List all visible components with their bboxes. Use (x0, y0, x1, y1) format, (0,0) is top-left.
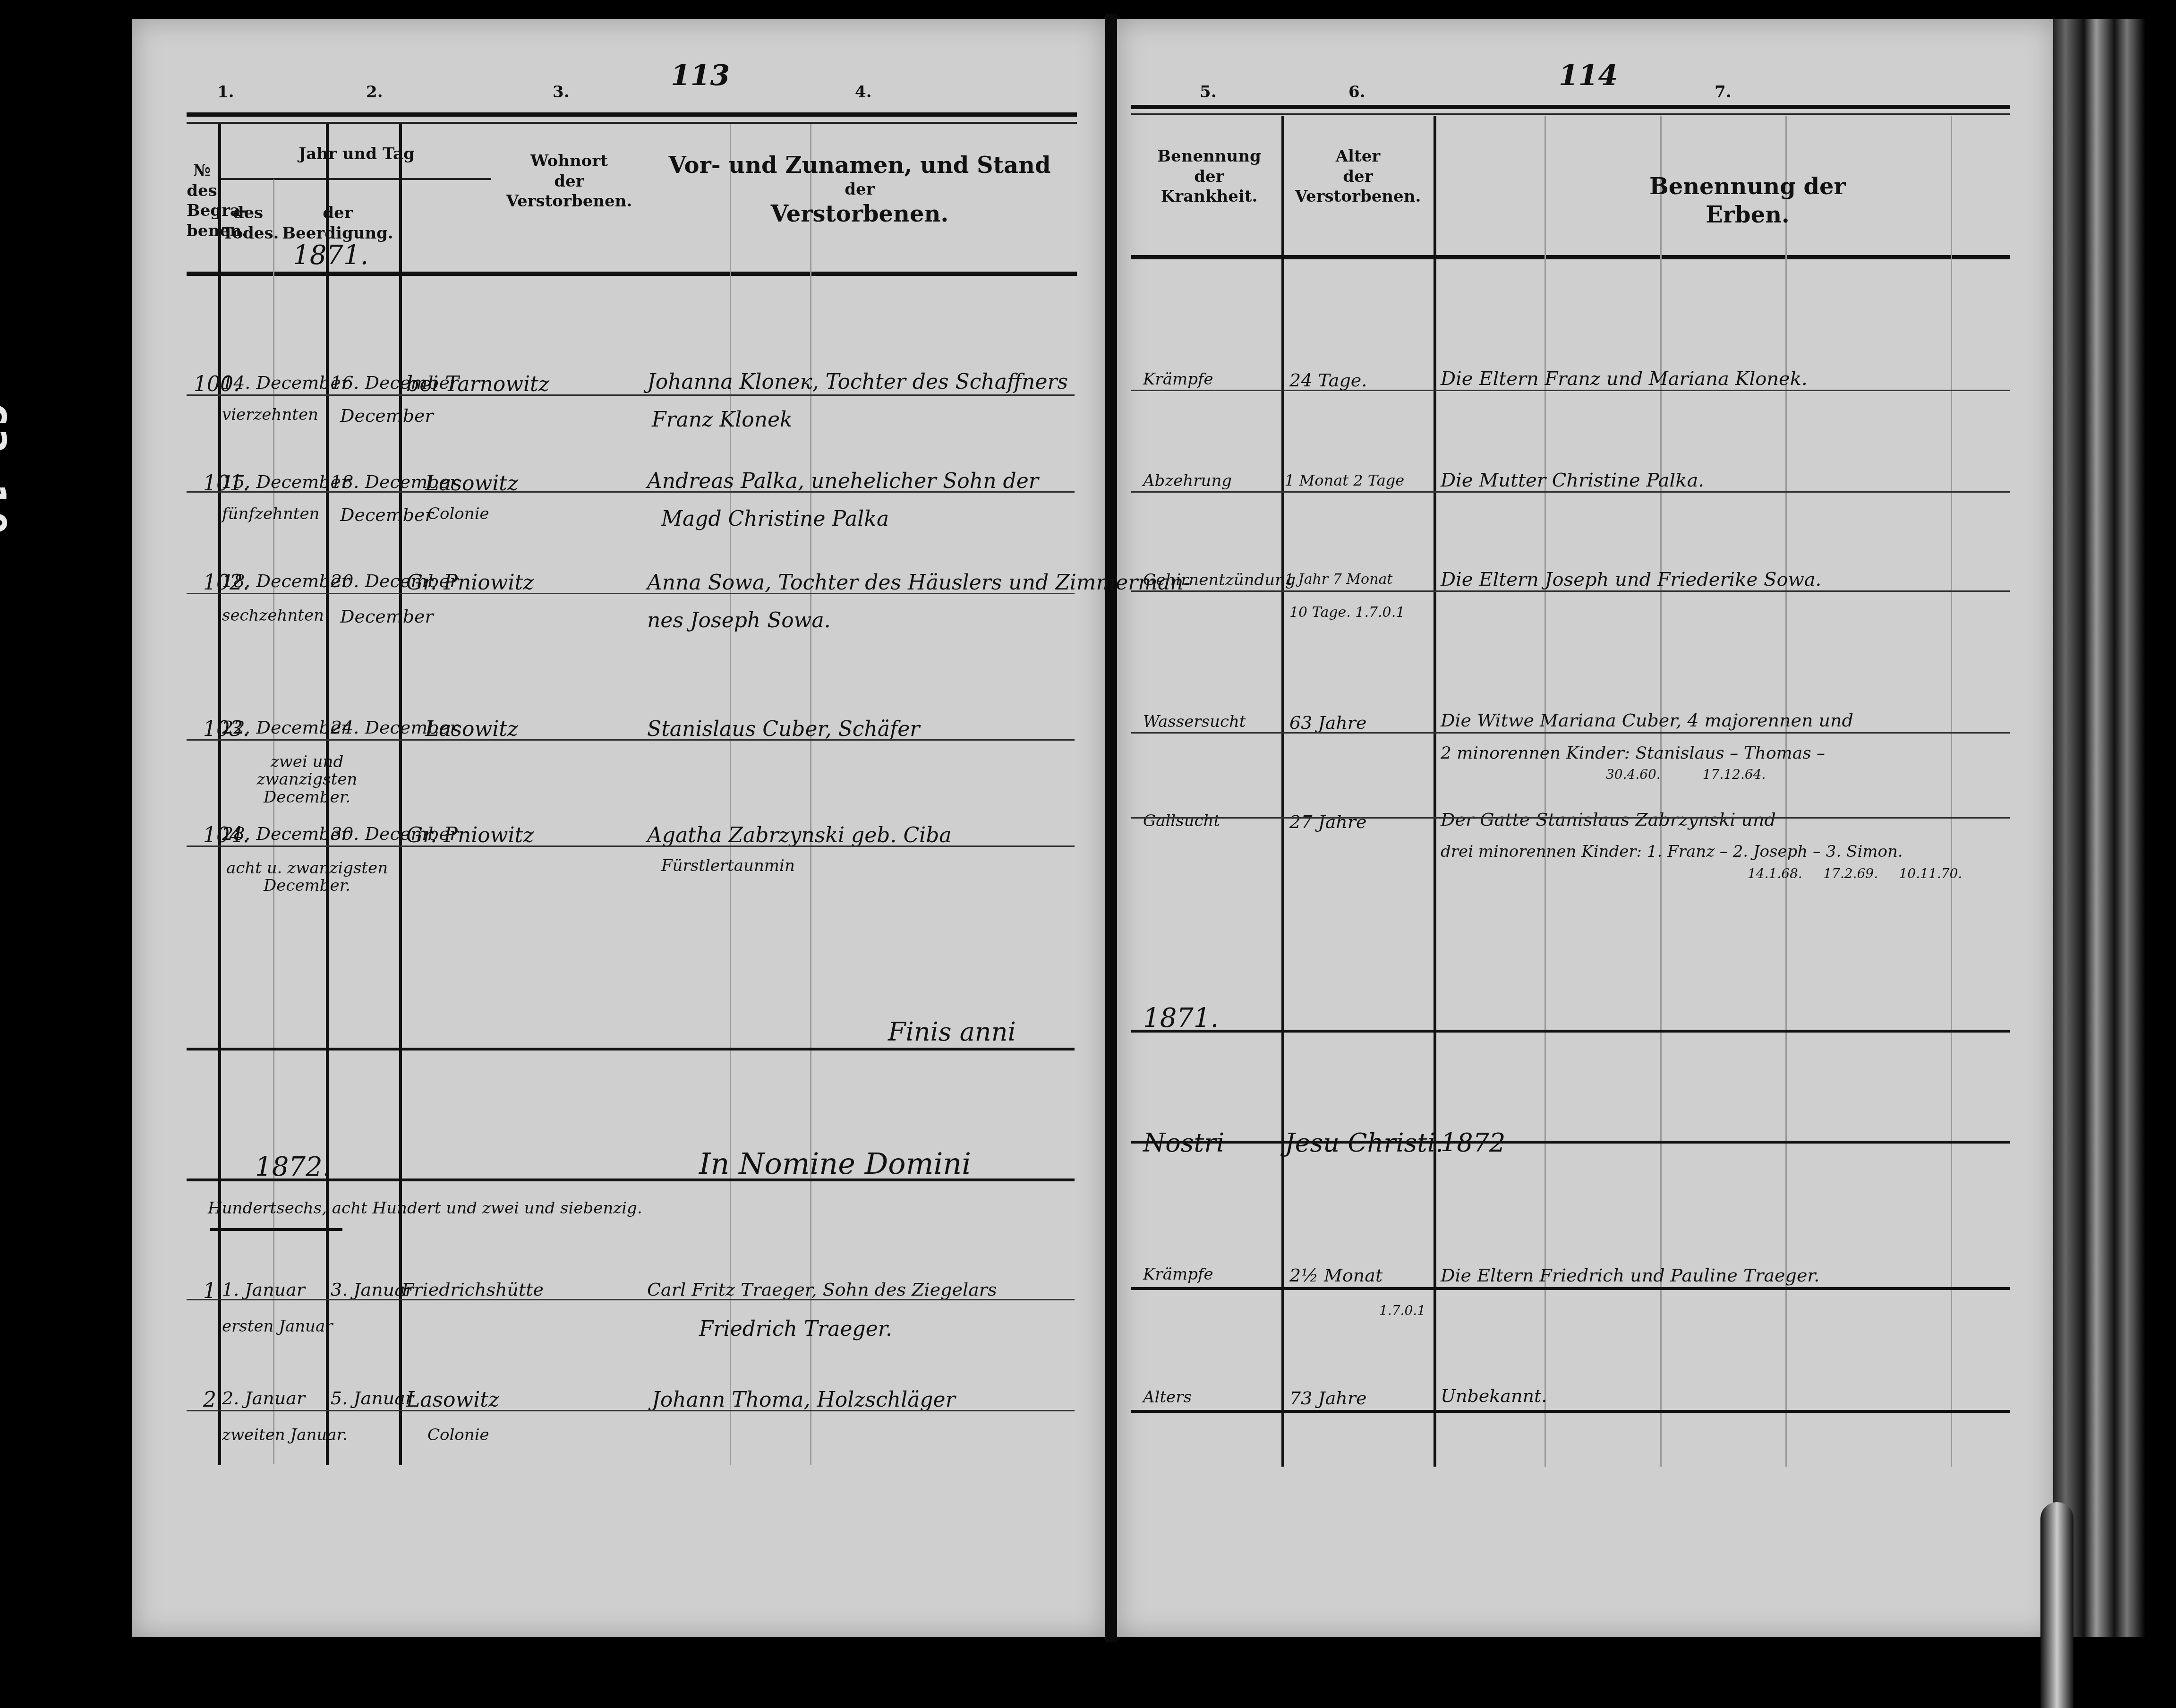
heirs-line1: Der Gatte Stanislaus Zabrzynski und (1441, 810, 1776, 830)
age: 63 Jahre (1289, 713, 1366, 733)
col-divider-7d (1951, 116, 1952, 1467)
disease: Gallsucht (1143, 812, 1220, 830)
year-end-rule-left (187, 1048, 1075, 1050)
colnum-4: 4. (855, 83, 872, 102)
residence: Gr. Pniowitz (406, 824, 534, 847)
header-bottom-rule-right (1131, 255, 2010, 259)
heirs-line1: Die Eltern Joseph und Friederike Sowa. (1441, 569, 1821, 590)
colnum-5: 5. (1200, 83, 1217, 102)
header-col6-line1: Alter (1285, 146, 1431, 167)
colnum-3: 3. (553, 83, 570, 102)
heirs-line2: 2 minorennen Kinder: Stanislaus – Thomas… (1441, 744, 1825, 763)
col-divider-5 (1281, 116, 1284, 1467)
header-col1-line2: des (187, 181, 217, 201)
row-rule (1131, 817, 2010, 819)
deceased-name-line1: Agatha Zabrzynski geb. Ciba (647, 824, 952, 847)
burial-date: 5. Januar (331, 1389, 414, 1409)
row-rule (187, 394, 1075, 396)
heirs-line2: drei minorennen Kinder: 1. Franz – 2. Jo… (1441, 843, 1903, 861)
heirs-dates: 30.4.60. 17.12.64. (1606, 768, 1766, 782)
header-col2b-line1: der (276, 203, 399, 223)
finis-anni: Finis anni (888, 1018, 1016, 1046)
jahr-und-tag-rule (220, 178, 491, 180)
death-date: 1. Januar (222, 1280, 305, 1300)
page-edges (2053, 19, 2176, 1637)
header-col1-line4: benen. (187, 221, 217, 241)
header-top-rule-left (187, 112, 1077, 117)
year-start-rule-left (187, 1179, 1075, 1181)
row-rule (1131, 390, 2010, 391)
header-col2a-line2: Todes. (222, 223, 274, 244)
year-marker-1871: 1871. (293, 241, 368, 270)
age-note: 1.7.0.1 (1379, 1304, 1425, 1318)
colnum-1: 1. (217, 83, 234, 102)
age: 27 Jahre (1289, 812, 1366, 832)
header-col5-line2: der (1138, 167, 1280, 187)
film-frame-marker: C3 10 (0, 401, 14, 538)
death-date: 2. Januar (222, 1389, 305, 1409)
residence: Lasowitz (425, 718, 518, 741)
folio-right: 114 (1559, 59, 1618, 92)
row-rule (1131, 491, 2010, 493)
age: 1 Jahr 7 Monat (1285, 572, 1392, 587)
year-marker-1871-right: 1871. (1143, 1004, 1219, 1033)
death-date-words: vierzehnten (222, 406, 318, 424)
deceased-name-line1: Anna Sowa, Tochter des Häuslers und Zimm… (647, 572, 1190, 594)
heirs-line1: Unbekannt. (1441, 1386, 1547, 1406)
death-date-words: zweiten Januar. (222, 1426, 348, 1444)
header-col4-line1: Vor- und Zunamen, und Stand (647, 151, 1072, 179)
header-col1: № des Begra- benen. (187, 161, 217, 241)
folio-left: 113 (671, 59, 730, 92)
row-rule (187, 593, 1075, 594)
header-col4-line3: Verstorbenen. (647, 200, 1072, 228)
residence: Gr. Pniowitz (406, 572, 534, 594)
disease: Gehirnentzündung (1143, 572, 1296, 589)
residence: Friedrichshütte (401, 1280, 544, 1300)
burial-date-words: December (340, 607, 434, 627)
book-gutter (1105, 14, 1117, 1642)
colnum-7: 7. (1715, 83, 1732, 102)
header-col6: Alter der Verstorbenen. (1285, 146, 1431, 207)
age: 24 Tage. (1289, 371, 1367, 391)
entry-number: 2. (203, 1389, 223, 1411)
row-rule (187, 845, 1075, 847)
row-rule (1131, 1287, 2010, 1290)
year-marker-1872: 1872. (255, 1153, 331, 1182)
row-rule (187, 491, 1075, 493)
disease: Abzehrung (1143, 472, 1232, 490)
header-col3-line3: Verstorbenen. (496, 191, 642, 212)
deceased-name-line2: Franz Klonek (652, 409, 793, 431)
residence: Lasowitz (406, 1389, 499, 1411)
in-nomine-domini: In Nomine Domini (699, 1148, 971, 1180)
header-col1-line3: Begra- (187, 201, 217, 221)
age: 1 Monat 2 Tage (1285, 472, 1404, 489)
death-date-words: acht u. zwanzigsten December. (222, 860, 392, 895)
death-date-words: sechzehnten (222, 607, 324, 624)
year-summary-line: Hundertsechs, acht Hundert und zwei und … (208, 1200, 642, 1217)
heirs-line1: Die Mutter Christine Palka. (1441, 470, 1704, 491)
deceased-name-line1: Carl Fritz Traeger, Sohn des Ziegelars (647, 1280, 997, 1300)
row-rule (1131, 1410, 2010, 1413)
col-divider-4a (730, 124, 731, 1465)
age-note: 10 Tage. 1.7.0.1 (1289, 605, 1405, 620)
col-divider-1 (218, 124, 221, 1465)
row-rule (187, 1410, 1075, 1411)
header-top-rule-left-thin (187, 122, 1077, 124)
col-divider-4b (810, 124, 811, 1465)
row-rule (187, 1299, 1075, 1300)
deceased-name-line1: Andreas Palka, unehelicher Sohn der (647, 470, 1039, 493)
header-col5-line3: Krankheit. (1138, 187, 1280, 207)
age: 73 Jahre (1289, 1389, 1366, 1409)
header-bottom-rule-left (187, 272, 1077, 276)
year-end-rule-right (1131, 1030, 2010, 1033)
deceased-name-line1: Johann Thoma, Holzschläger (652, 1389, 956, 1411)
row-rule (1131, 732, 2010, 734)
col-divider-7c (1785, 116, 1787, 1467)
col-divider-7b (1660, 116, 1662, 1467)
header-col6-line3: Verstorbenen. (1285, 187, 1431, 207)
residence: bei Tarnowitz (406, 373, 549, 396)
header-col6-line2: der (1285, 167, 1431, 187)
heirs-line1: Die Eltern Franz und Mariana Klonek. (1441, 368, 1808, 389)
disease: Alters (1143, 1389, 1192, 1406)
header-col2b: der Beerdigung. (276, 203, 399, 243)
bookmark-ribbon (2040, 1502, 2074, 1708)
header-col4-line2: der (647, 179, 1072, 200)
row-rule (1131, 590, 2010, 592)
burial-date-words: December (340, 406, 434, 426)
header-col3-line1: Wohnort (496, 151, 642, 171)
heirs-dates: 14.1.68. 17.2.69. 10.11.70. (1748, 867, 1962, 881)
deceased-name-line2: Friedrich Traeger. (699, 1318, 892, 1341)
residence-note: Colonie (427, 1426, 489, 1444)
heirs-line1: Die Eltern Friedrich und Pauline Traeger… (1441, 1266, 1819, 1286)
deceased-name-line1: Stanislaus Cuber, Schäfer (647, 718, 920, 741)
deceased-name-line2: nes Joseph Sowa. (647, 609, 831, 632)
deceased-name-line2: Magd Christine Palka (661, 508, 889, 530)
header-col5-line1: Benennung (1138, 146, 1280, 167)
col-divider-6 (1434, 116, 1436, 1467)
row-rule (187, 739, 1075, 741)
residence-note: Colonie (427, 505, 489, 523)
burial-date-words: December (340, 505, 434, 525)
header-col2a-line1: des (222, 203, 274, 223)
header-col4: Vor- und Zunamen, und Stand der Verstorb… (647, 151, 1072, 228)
col-divider-3 (399, 124, 402, 1465)
colnum-2: 2. (366, 83, 383, 102)
disease: Krämpfe (1143, 1266, 1213, 1283)
deceased-name-line1: Johanna Kloneк, Tochter des Schaffners (647, 371, 1068, 393)
header-top-rule-right-thin (1131, 113, 2010, 115)
colnum-6: 6. (1348, 83, 1365, 102)
year-start-rule-right (1131, 1141, 2010, 1144)
disease: Wassersucht (1143, 713, 1246, 731)
header-col3: Wohnort der Verstorbenen. (496, 151, 642, 212)
header-col3-line2: der (496, 171, 642, 192)
col-divider-7a (1545, 116, 1546, 1467)
summary-underline (210, 1228, 342, 1231)
death-date-words: zwei und zwanzigsten December. (222, 753, 392, 806)
header-top-rule-right (1131, 105, 2010, 109)
header-jahr-und-tag: Jahr und Tag (222, 144, 491, 164)
header-col1-line1: № (187, 161, 217, 181)
header-col5: Benennung der Krankheit. (1138, 146, 1280, 207)
disease: Krämpfe (1143, 371, 1213, 388)
age: 2½ Monat (1289, 1266, 1382, 1286)
header-col7: Benennung der Erben. (1606, 172, 1889, 229)
deceased-name-line2: Fürstlertaunmin (661, 857, 795, 875)
heirs-line1: Die Witwe Mariana Cuber, 4 majorennen un… (1441, 711, 1853, 731)
death-date-words: ersten Januar (222, 1318, 333, 1335)
death-date-words: fünfzehnten (222, 505, 319, 523)
header-col2a: des Todes. (222, 203, 274, 243)
